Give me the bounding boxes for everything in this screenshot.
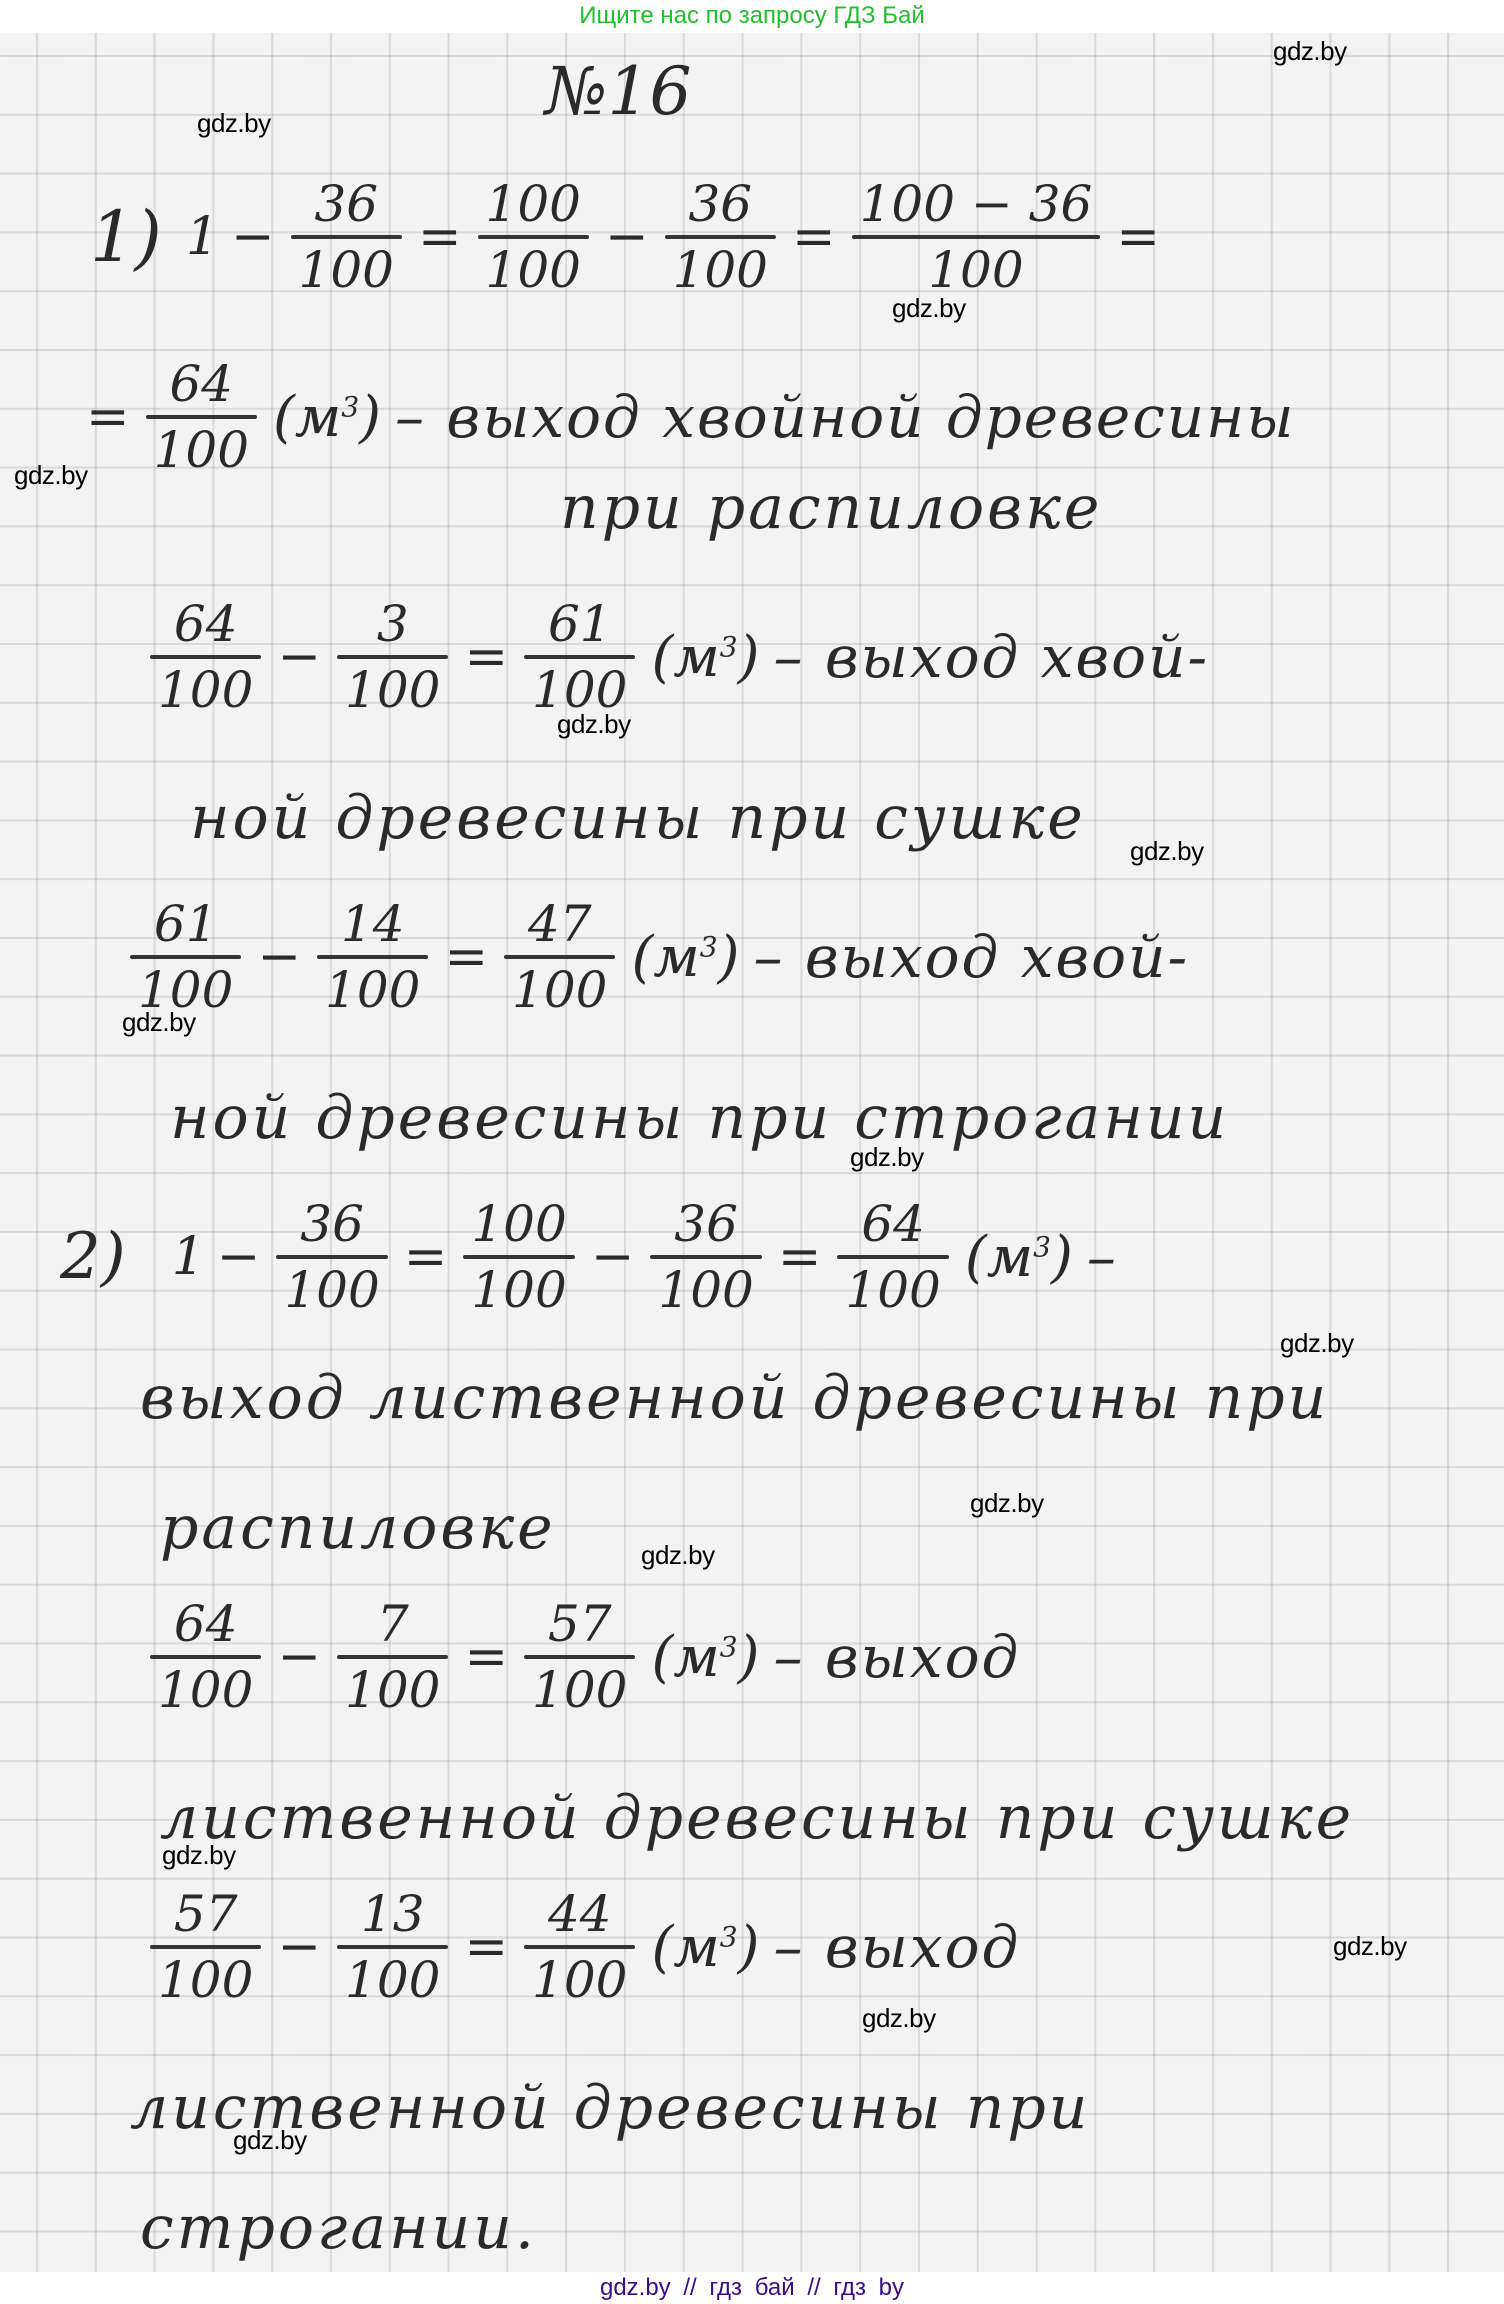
fraction: 44100 (524, 1883, 635, 2011)
part2-step1-equation: 2) 1 − 36100 = 100100 − 36100 = 64100 (м… (60, 1193, 1118, 1321)
fraction: 61100 (130, 893, 241, 1021)
explanation-text: ной древесины при строгании (170, 1083, 1229, 1153)
equals-sign: = (778, 1227, 822, 1287)
watermark: gdz.by (122, 1007, 196, 1038)
watermark: gdz.by (862, 2003, 936, 2034)
fraction: 47100 (504, 893, 615, 1021)
one: 1 (186, 207, 219, 267)
bottom-banner[interactable]: gdz.by // гдз бай // гдз by (0, 2272, 1504, 2304)
watermark: gdz.by (14, 460, 88, 491)
fraction: 36100 (665, 173, 776, 301)
unit-cubic-meters: (м3) (965, 1225, 1073, 1290)
fraction: 7100 (337, 1593, 448, 1721)
fraction: 61100 (524, 593, 635, 721)
part1-step2-equation: 64100 − 3100 = 61100 (м3) – выход хвой- (140, 593, 1209, 721)
equals-sign: = (1116, 207, 1160, 267)
watermark: gdz.by (970, 1488, 1044, 1519)
watermark: gdz.by (1130, 836, 1204, 867)
watermark: gdz.by (1333, 1931, 1407, 1962)
part1-step3-equation: 61100 − 14100 = 47100 (м3) – выход хвой- (120, 893, 1189, 1021)
part1-step1-result: = 64100 (м3) – выход хвойной древесины (80, 353, 1296, 481)
fraction: 100100 (463, 1193, 574, 1321)
equals-sign: = (418, 207, 462, 267)
explanation-text: ной древесины при сушке (190, 783, 1086, 853)
explanation-text: выход лиственной древесины при (140, 1363, 1329, 1433)
fraction: 57100 (150, 1883, 261, 2011)
minus-sign: − (605, 207, 649, 267)
minus-sign: − (591, 1227, 635, 1287)
watermark: gdz.by (1273, 36, 1347, 67)
unit-cubic-meters: (м3) (651, 625, 759, 690)
equals-sign: = (86, 387, 130, 447)
equals-sign: = (464, 1627, 508, 1687)
minus-sign: − (277, 1627, 321, 1687)
unit-cubic-meters: (м3) (651, 1915, 759, 1980)
explanation-text: – выход хвой- (773, 623, 1209, 691)
minus-sign: − (217, 1227, 261, 1287)
watermark: gdz.by (197, 108, 271, 139)
explanation-text: – (1087, 1223, 1118, 1291)
one: 1 (172, 1227, 205, 1287)
fraction: 64100 (837, 1193, 948, 1321)
explanation-text: при распиловке (560, 473, 1102, 543)
explanation-text: распиловке (160, 1493, 556, 1563)
explanation-text: строгании. (140, 2193, 537, 2263)
minus-sign: − (257, 927, 301, 987)
unit-cubic-meters: (м3) (651, 1625, 759, 1690)
watermark: gdz.by (892, 293, 966, 324)
fraction: 36100 (276, 1193, 387, 1321)
fraction: 64100 (150, 593, 261, 721)
equals-sign: = (792, 207, 836, 267)
fraction: 14100 (317, 893, 428, 1021)
explanation-text: – выход (773, 1623, 1020, 1691)
watermark: gdz.by (1280, 1328, 1354, 1359)
equals-sign: = (444, 927, 488, 987)
watermark: gdz.by (557, 709, 631, 740)
explanation-text: – выход хвой- (753, 923, 1189, 991)
notebook-page: №16 1) 1 − 36100 = 100100 − 36100 = 100 … (0, 33, 1504, 2272)
part1-step1-equation: 1) 1 − 36100 = 100100 − 36100 = 100 − 36… (90, 173, 1166, 301)
fraction: 36100 (650, 1193, 761, 1321)
problem-title: №16 (545, 53, 691, 130)
equals-sign: = (464, 627, 508, 687)
fraction: 64100 (146, 353, 257, 481)
fraction: 100 − 36100 (852, 173, 1101, 301)
unit-cubic-meters: (м3) (631, 925, 739, 990)
part2-step3-equation: 57100 − 13100 = 44100 (м3) – выход (140, 1883, 1020, 2011)
watermark: gdz.by (850, 1142, 924, 1173)
equals-sign: = (404, 1227, 448, 1287)
minus-sign: − (277, 627, 321, 687)
fraction: 36100 (291, 173, 402, 301)
explanation-text: – выход (773, 1913, 1020, 1981)
equals-sign: = (464, 1917, 508, 1977)
minus-sign: − (231, 207, 275, 267)
unit-cubic-meters: (м3) (273, 385, 381, 450)
fraction: 100100 (478, 173, 589, 301)
explanation-text: – выход хвойной древесины (395, 383, 1296, 451)
watermark: gdz.by (233, 2125, 307, 2156)
watermark: gdz.by (162, 1840, 236, 1871)
part2-step2-equation: 64100 − 7100 = 57100 (м3) – выход (140, 1593, 1020, 1721)
fraction: 64100 (150, 1593, 261, 1721)
part2-label: 2) (60, 1220, 126, 1294)
watermark: gdz.by (641, 1540, 715, 1571)
minus-sign: − (277, 1917, 321, 1977)
explanation-text: лиственной древесины при сушке (160, 1783, 1354, 1853)
part1-label: 1) (90, 196, 162, 278)
fraction: 3100 (337, 593, 448, 721)
fraction: 13100 (337, 1883, 448, 2011)
fraction: 57100 (524, 1593, 635, 1721)
top-banner[interactable]: Ищите нас по запросу ГДЗ Бай (0, 0, 1504, 34)
